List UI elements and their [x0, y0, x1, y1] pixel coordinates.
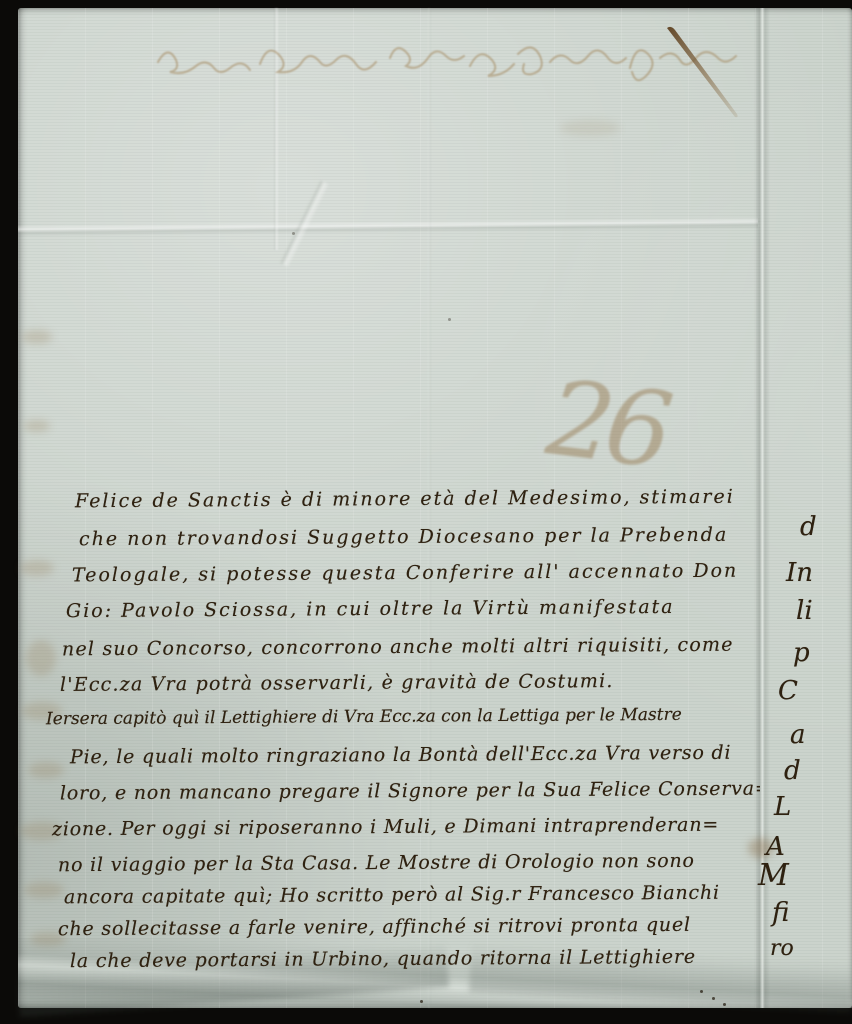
letter-body: Felice de Sanctis è di minore età del Me…: [0, 0, 760, 1024]
letter-line: ancora capitate quì; Ho scritto però al …: [64, 882, 720, 909]
letter-line: loro, e non mancano pregare il Signore p…: [60, 778, 760, 805]
letter-line: che sollecitasse a farle venire, affinch…: [58, 914, 691, 940]
letter-line: Pie, le quali molto ringraziano la Bontà…: [70, 742, 731, 769]
letter-line: la che deve portarsi in Urbino, quando r…: [70, 946, 696, 972]
letter-line: Iersera capitò quì il Lettighiere di Vra…: [46, 705, 682, 729]
page-fragment: li: [796, 596, 813, 626]
page-fragment: M: [758, 858, 789, 893]
page-fragment: fi: [772, 898, 789, 928]
letter-line: zione. Per oggi si riposeranno i Muli, e…: [52, 814, 719, 841]
letter-line: Felice de Sanctis è di minore età del Me…: [75, 486, 735, 513]
page-fragment: ro: [770, 936, 794, 961]
page-fragment: C: [778, 676, 798, 706]
page-fragment: p: [793, 638, 810, 668]
page-fragment: In: [786, 558, 813, 588]
scan-background: 26 Felice de Sanctis è di minore età del…: [0, 0, 852, 1024]
letter-line: nel suo Concorso, concorrono anche molti…: [62, 634, 734, 661]
page-fragment: L: [774, 792, 791, 822]
page-fragment: a: [790, 720, 806, 750]
letter-line: no il viaggio per la Sta Casa. Le Mostre…: [58, 850, 695, 876]
letter-line: l'Ecc.za Vra potrà osservarli, è gravità…: [60, 670, 614, 696]
letter-line: che non trovandosi Suggetto Diocesano pe…: [79, 524, 728, 551]
page-fragment: d: [784, 756, 801, 786]
page-fragment: d: [800, 512, 817, 542]
letter-line: Teologale, si potesse questa Conferire a…: [72, 560, 738, 587]
letter-line: Gio: Pavolo Sciossa, in cui oltre la Vir…: [66, 596, 675, 622]
